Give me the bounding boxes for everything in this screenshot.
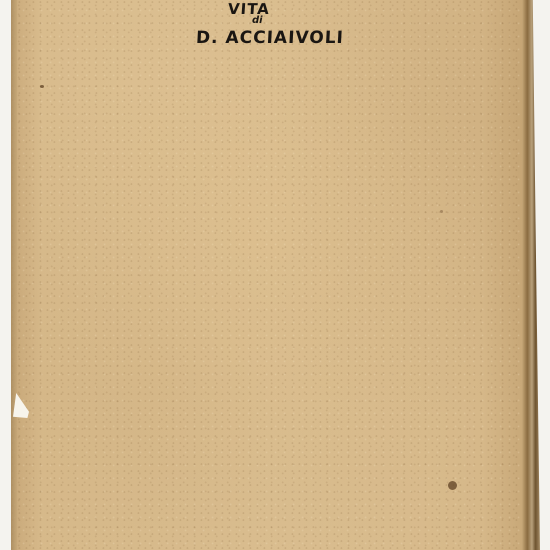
stain-spot [40,85,44,88]
title-line-vita: VITA [227,0,270,18]
stain-spot [440,210,443,213]
title-line-name: D. ACCIAIVOLI [195,28,344,48]
title-line-di: di [252,15,263,26]
stain-spot [448,481,457,490]
document-cover [11,0,523,550]
cover-left-edge [11,0,17,550]
handwritten-title: VITA di D. ACCIAIVOLI [190,0,340,60]
cover-binding-edge [522,0,540,550]
